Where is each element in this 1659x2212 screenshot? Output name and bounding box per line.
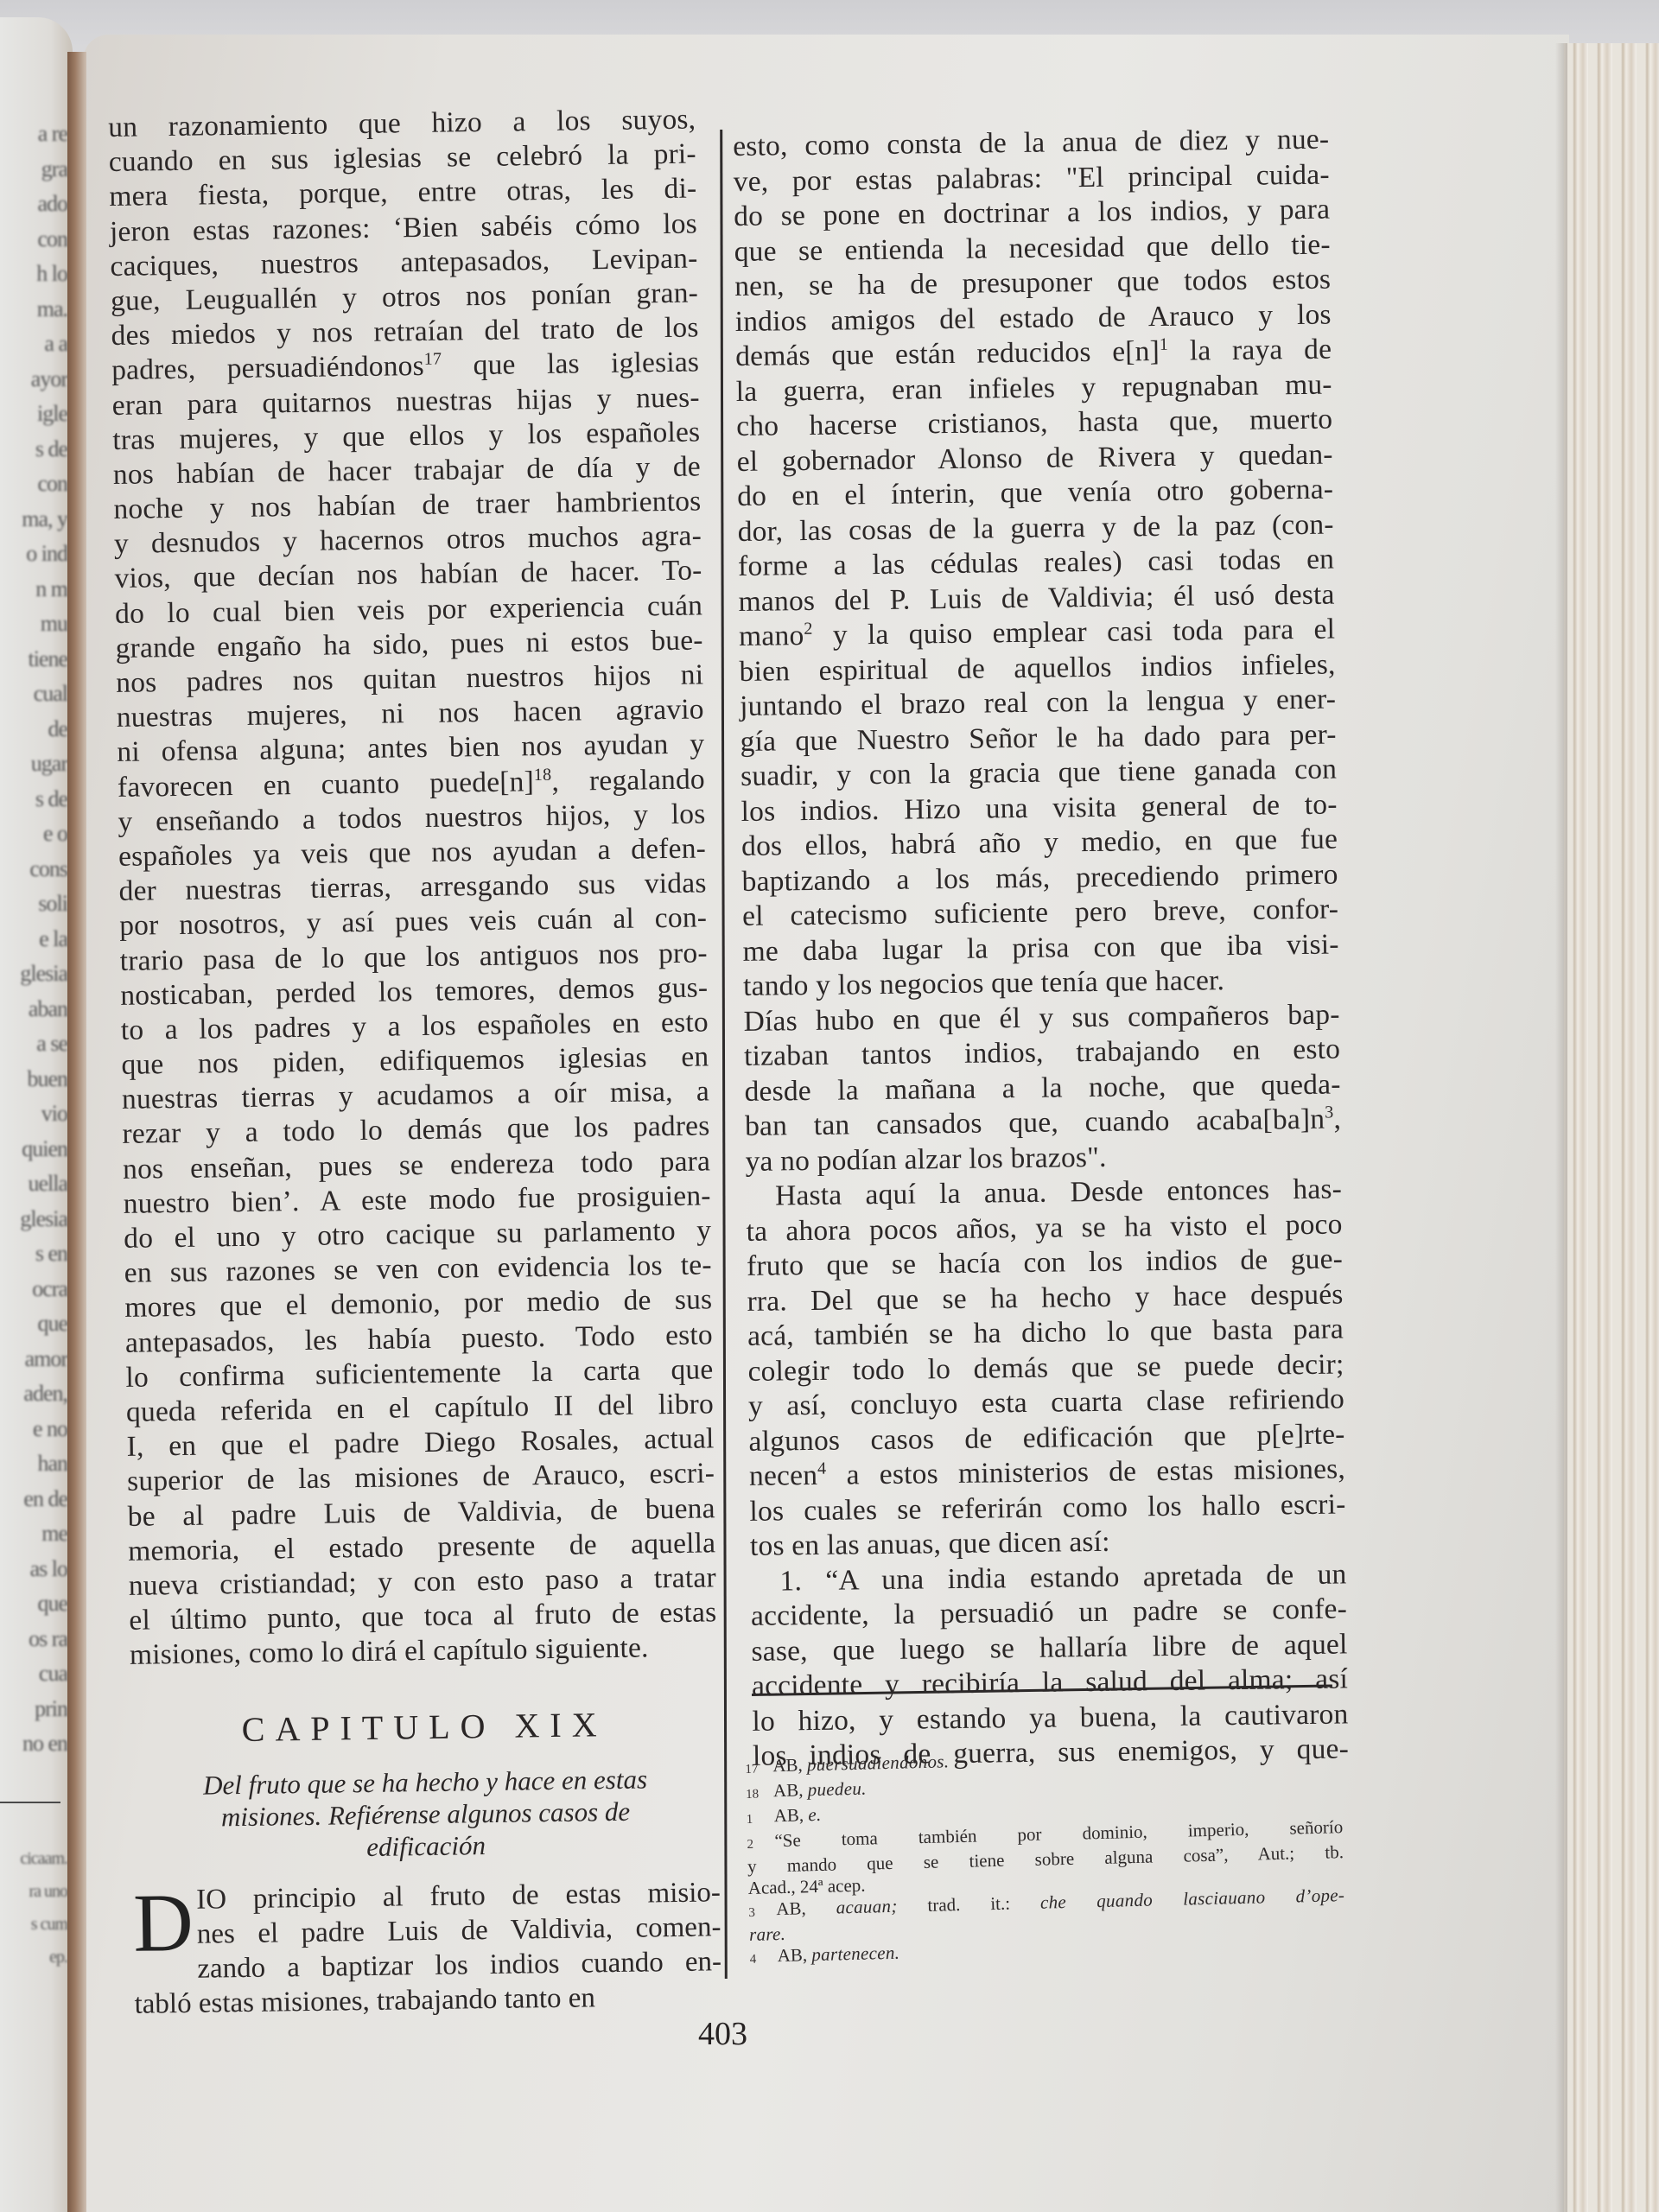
previous-page-text-fragment: h lo (36, 261, 67, 287)
previous-page-text-fragment: vio (41, 1101, 67, 1127)
previous-page-text-fragment: ayor (31, 366, 67, 392)
previous-page-text-fragment: as lo (30, 1556, 67, 1582)
previous-page-text-fragment: a se (36, 1031, 67, 1057)
previous-page-text-fragment: ado (37, 191, 67, 217)
previous-page-text-fragment: a a (44, 331, 67, 357)
left-column-body: un razonamiento que hizo a los suyos,cua… (108, 103, 717, 1674)
previous-page-text-fragment: cons (29, 856, 67, 882)
previous-page-text-fragment: uella (28, 1171, 67, 1197)
previous-page-text-fragment: aban (29, 996, 67, 1022)
previous-page-text-fragment: ma. (37, 296, 67, 322)
previous-page-text-fragment: glesia (20, 961, 67, 987)
previous-page-text-fragment: mu (41, 611, 67, 637)
previous-page-footnote-fragment: cicaam. (20, 1849, 67, 1869)
previous-page-text-fragment: aden, (23, 1381, 67, 1407)
text-line: misiones, como lo dirá el capítulo sigui… (130, 1630, 717, 1674)
previous-page-footnote-rule (0, 1802, 60, 1803)
previous-page-text-fragment: e o (43, 821, 67, 847)
previous-page-text-fragment: s de (35, 436, 67, 462)
previous-page-text-fragment: ma, y (22, 506, 67, 532)
text-line: ban tan cansados que, cuando acaba[ba]n3… (745, 1102, 1341, 1144)
previous-page-edge: a regraadoconh loma.a aayorigles deconma… (0, 17, 73, 2212)
previous-page-text-fragment: con (37, 226, 67, 252)
footnotes: 17AB, puersuadiendonos.18AB, puedeu.1AB,… (745, 1741, 1346, 1971)
page-number: 403 (698, 2015, 747, 2053)
previous-page-text-fragment: igle (37, 401, 67, 427)
page-stack-edges (1564, 43, 1659, 2212)
previous-page-text-fragment: soli (38, 891, 67, 917)
right-column-body: esto, como consta de la anua de diez y n… (733, 123, 1349, 1775)
previous-page-text-fragment: glesia (20, 1206, 67, 1232)
previous-page-text-fragment: os ra (29, 1626, 67, 1652)
page-edge-shadow (1555, 43, 1567, 2212)
previous-page-text-fragment: s de (35, 786, 67, 812)
previous-page-text-fragment: o ind (26, 541, 67, 567)
previous-page-text-fragment: n m (35, 576, 67, 602)
previous-page-text-fragment: e no (33, 1416, 67, 1442)
previous-page-text-fragment: prin (35, 1696, 67, 1722)
previous-page-text-fragment: gra (41, 156, 67, 182)
drop-cap: D (133, 1886, 194, 1960)
text-line: me daba lugar la prisa con que iba visi- (742, 927, 1338, 969)
previous-page-footnote-fragment: s cum (31, 1915, 67, 1935)
previous-page-text-fragment: e la (39, 926, 67, 952)
footnote-number: 17 (745, 1755, 773, 1781)
previous-page-text-fragment: me (41, 1521, 67, 1547)
chapter-opening-paragraph: D IO principio al fruto de estas misio- … (133, 1876, 722, 2022)
previous-page-text-fragment: en de (23, 1486, 67, 1512)
previous-page-text-fragment: buen (27, 1066, 67, 1092)
footnote-number: 2 (747, 1830, 775, 1856)
previous-page-text-fragment: amor (25, 1346, 67, 1372)
previous-page-text-fragment: ugar (31, 751, 67, 777)
previous-page-text-fragment: s en (35, 1241, 67, 1267)
previous-page-footnote-fragment: ep. (49, 1948, 67, 1967)
previous-page-text-fragment: que (37, 1311, 67, 1337)
footnote-number: 4 (749, 1945, 778, 1971)
right-column: esto, como consta de la anua de diez y n… (733, 123, 1349, 1775)
footnote-number: 3 (748, 1898, 777, 1924)
book-gutter-shadow (67, 52, 86, 2212)
previous-page-footnote-fragment: ra uno (29, 1882, 67, 1902)
text-line: los cuales se referirán como los hallo e… (749, 1487, 1345, 1529)
left-column: un razonamiento que hizo a los suyos,cua… (108, 103, 722, 2023)
previous-page-text-fragment: ocra (32, 1276, 67, 1302)
previous-page-text-fragment: de (48, 716, 67, 742)
previous-page-text-fragment: han (37, 1451, 67, 1477)
previous-page-text-fragment: que (37, 1591, 67, 1617)
previous-page-text-fragment: no en (22, 1731, 67, 1757)
footnote-number: 1 (746, 1805, 774, 1831)
previous-page-text-fragment: cual (34, 681, 67, 707)
previous-page-text-fragment: quien (22, 1136, 67, 1162)
chapter-subtitle: Del fruto que se ha hecho y hace en esta… (131, 1763, 720, 1866)
previous-page-text-fragment: con (37, 471, 67, 497)
chapter-title: CAPITULO XIX (130, 1703, 719, 1751)
previous-page-text-fragment: tiene (28, 646, 67, 672)
previous-page-text-fragment: a re (38, 121, 67, 147)
footnote-number: 18 (746, 1780, 774, 1806)
previous-page-text-fragment: cua (39, 1661, 67, 1687)
